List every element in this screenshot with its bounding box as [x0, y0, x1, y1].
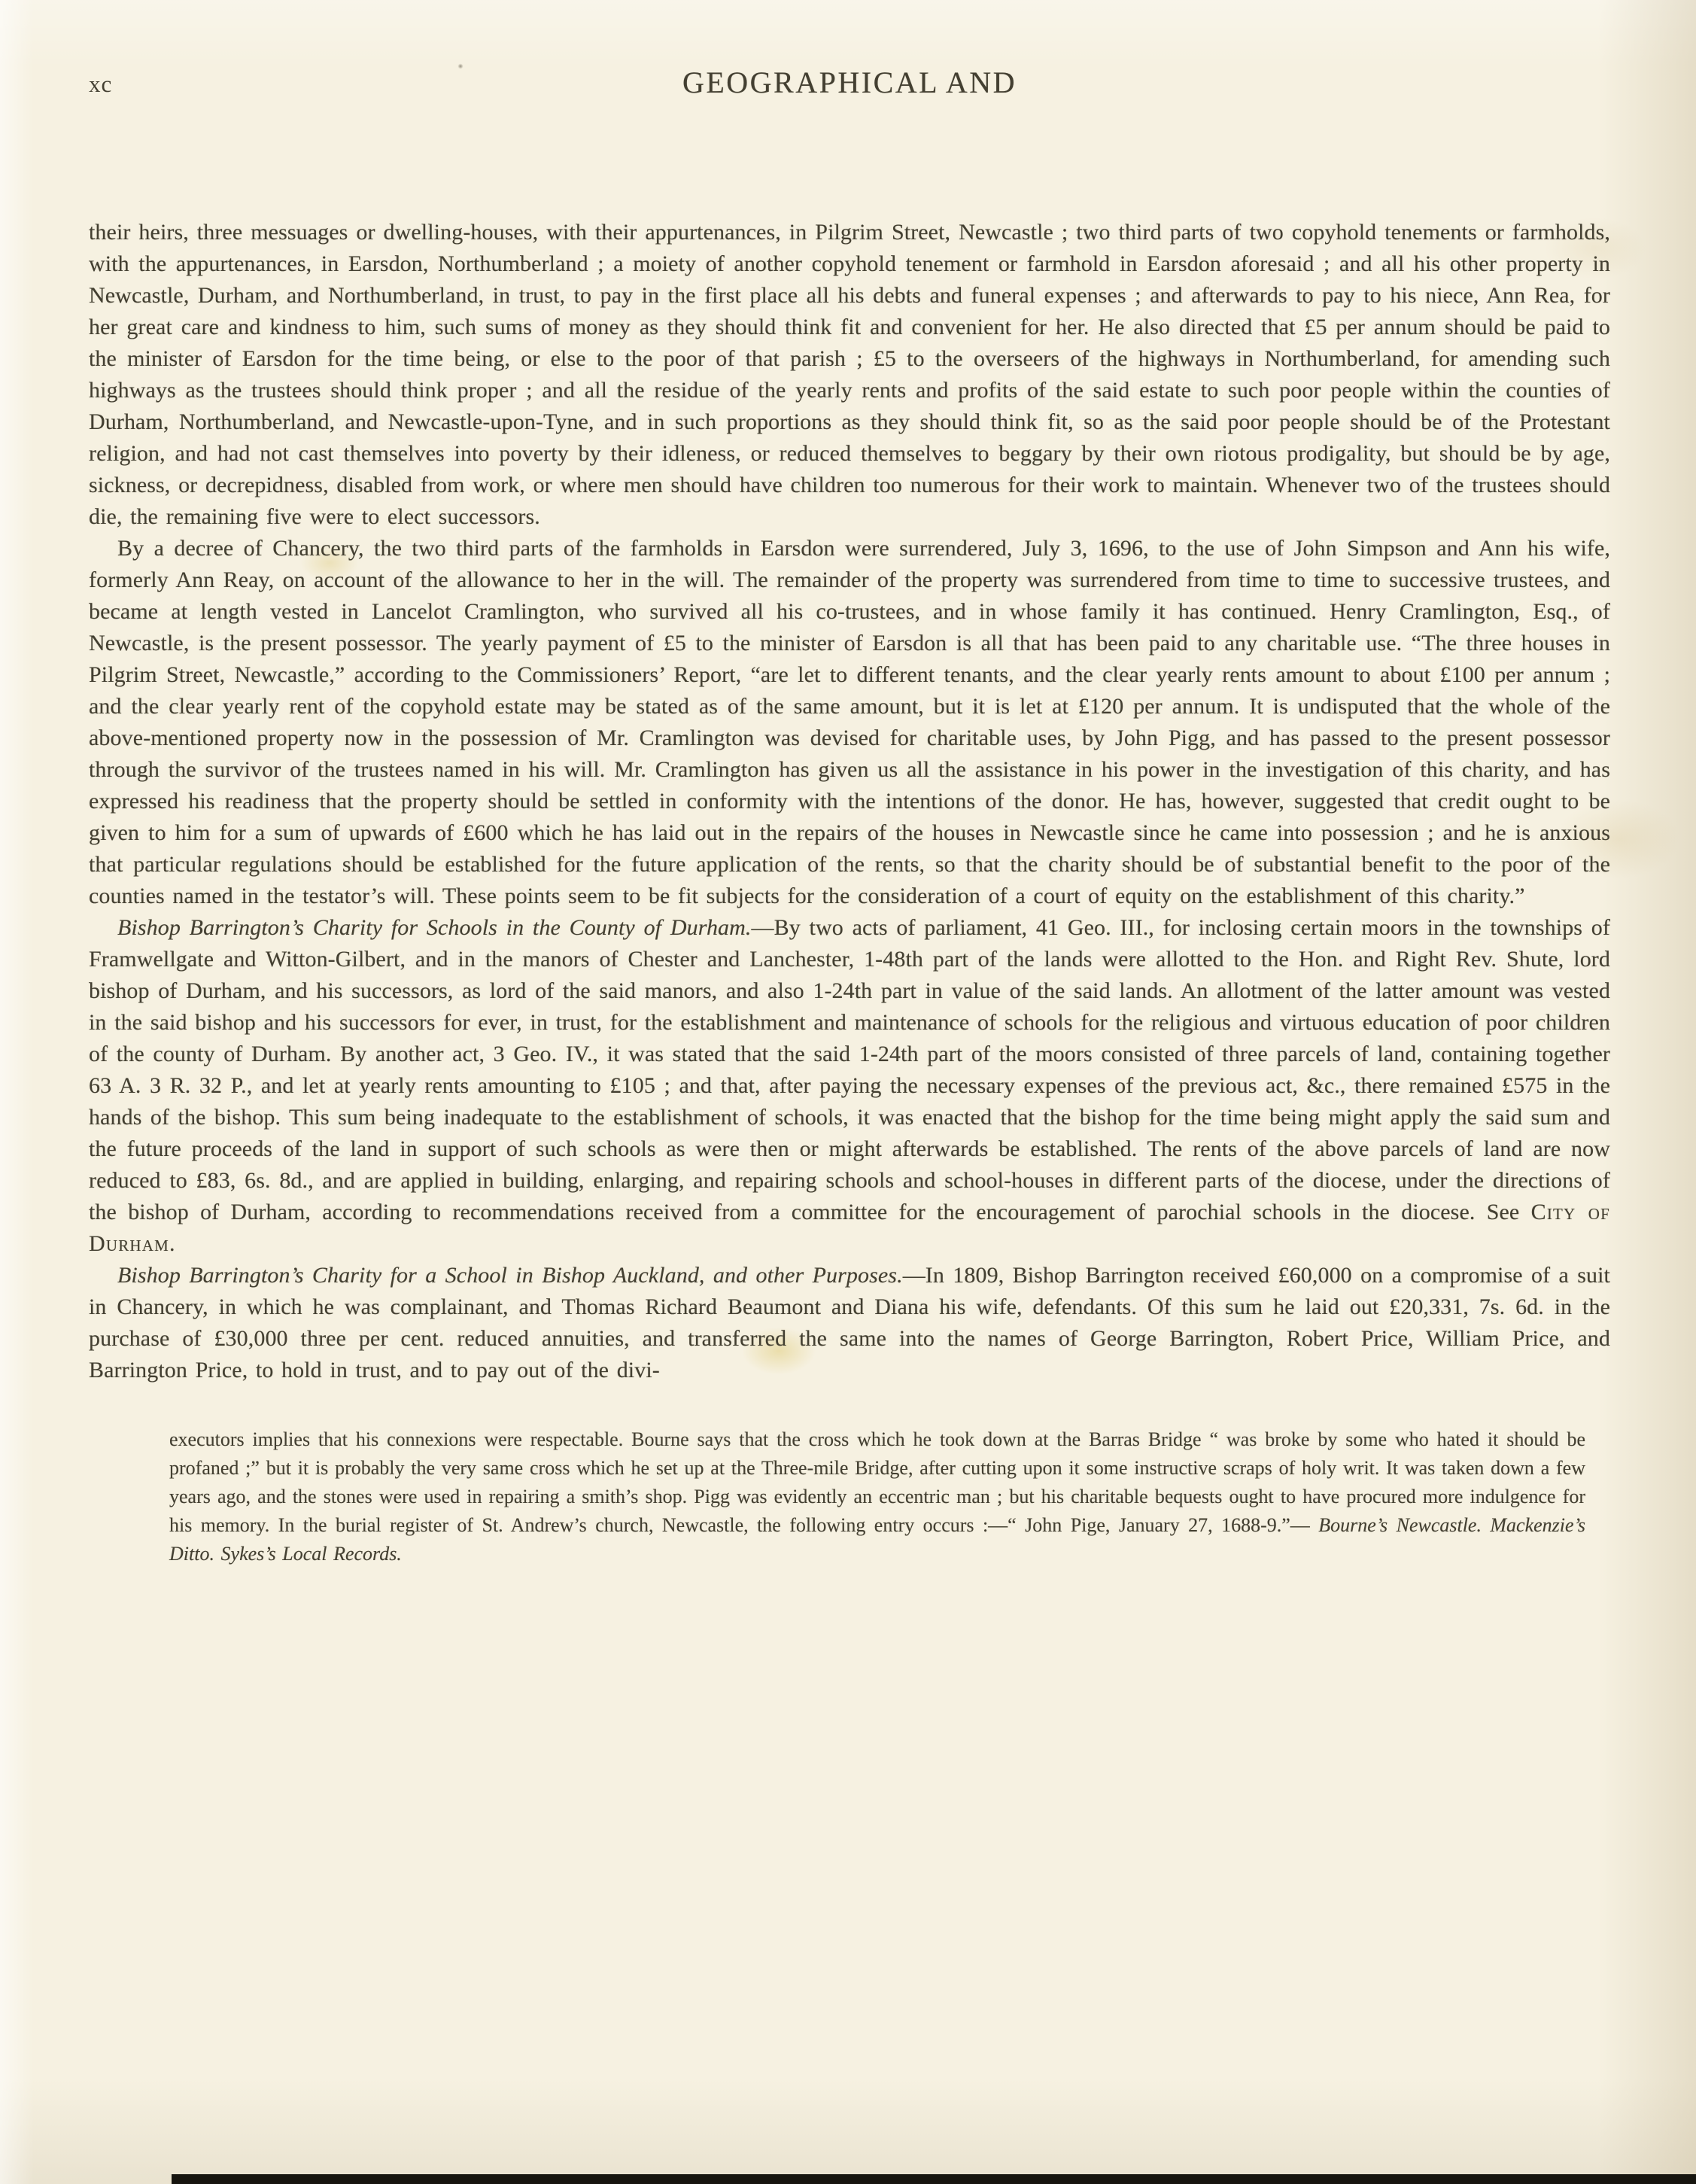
charity-schools-title-italic: Bishop Barrington’s Charity for Schools … — [117, 915, 752, 940]
paragraph-pigg-bequest-continuation: their heirs, three messuages or dwelling… — [89, 217, 1610, 533]
footnote-paragraph: executors implies that his connexions we… — [169, 1425, 1585, 1568]
paragraph-barrington-charity-auckland: Bishop Barrington’s Charity for a School… — [89, 1260, 1610, 1386]
paragraph-chancery-decree: By a decree of Chancery, the two third p… — [89, 533, 1610, 912]
page-header: xc GEOGRAPHICAL AND — [89, 65, 1610, 102]
paragraph-text: their heirs, three messuages or dwelling… — [89, 220, 1610, 529]
scan-edge-shadow — [172, 2174, 1696, 2184]
footnote: executors implies that his connexions we… — [169, 1425, 1585, 1568]
paragraph-text-end: . — [169, 1231, 175, 1256]
main-text: their heirs, three messuages or dwelling… — [89, 217, 1610, 1386]
paragraph-barrington-charity-schools: Bishop Barrington’s Charity for Schools … — [89, 912, 1610, 1260]
paragraph-text: By a decree of Chancery, the two third p… — [89, 536, 1610, 908]
paragraph-text: —By two acts of parliament, 41 Geo. III.… — [89, 915, 1610, 1224]
book-page: xc GEOGRAPHICAL AND their heirs, three m… — [0, 0, 1696, 2184]
running-title: GEOGRAPHICAL AND — [89, 65, 1610, 100]
charity-auckland-title-italic: Bishop Barrington’s Charity for a School… — [117, 1263, 903, 1288]
page-number: xc — [89, 71, 112, 98]
